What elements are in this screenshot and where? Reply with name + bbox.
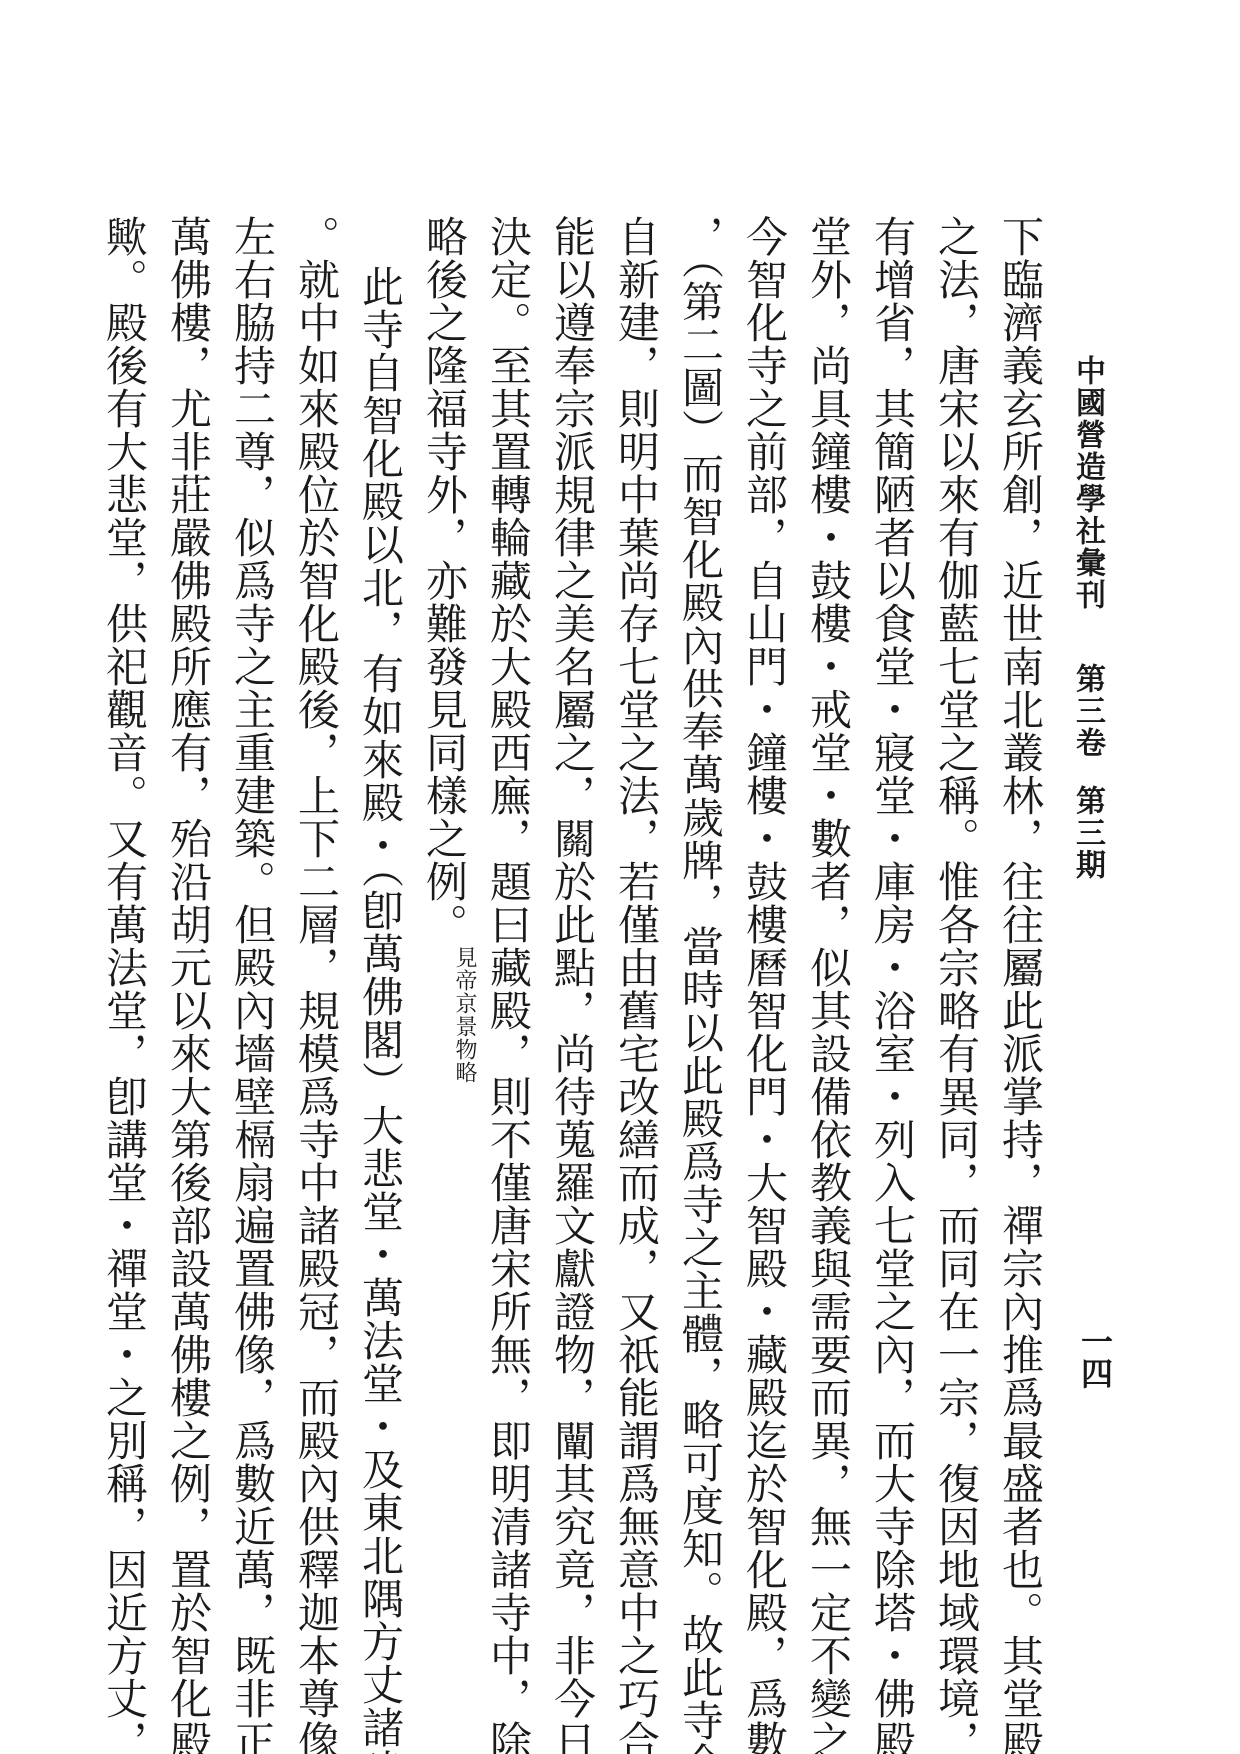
text-column: 下臨濟義玄所創，近世南北叢林，往往屬此派掌持，禪宗內推爲最盛者也。其堂殿配列 (988, 215, 1052, 1555)
running-header: 中國營造學社彙刊第三卷第三期 (1072, 355, 1102, 881)
volume-label: 第三卷 (1070, 663, 1105, 759)
text-column: 之法，唐宋以來有伽藍七堂之稱。惟各宗略有異同，而同在一宗，復因地域環境，互 (924, 215, 988, 1555)
text-column: 萬佛樓，尤非莊嚴佛殿所應有，殆沿胡元以來大第後部設萬佛樓之例，置於智化殿之後 (156, 215, 220, 1555)
inline-note: 見帝京景物略 (452, 946, 476, 1084)
text-column-content: 略後之隆福寺外，亦難發見同樣之例。 (420, 215, 469, 946)
text-column: 左右脇持二尊，似爲寺之主重建築。但殿內墻壁槅扇遍置佛像，爲數近萬，既非正規 (220, 215, 284, 1555)
journal-title: 中國營造學社彙刊 (1070, 355, 1105, 611)
text-column-paragraph-start: 此寺自智化殿以北，有如來殿・（卽萬佛閣）大悲堂・萬法堂・及東北隅方丈諸建築 (348, 215, 412, 1555)
text-column: ，（第二圖）而智化殿內供奉萬歲牌，當時以此殿爲寺之主體，略可度知。故此寺全部出 (668, 215, 732, 1555)
text-column: 能以遵奉宗派規律之美名屬之，關於此點，尚待蒐羅文獻證物，闡其究竟，非今日所能 (540, 215, 604, 1555)
text-column: 。就中如來殿位於智化殿後，上下二層，規模爲寺中諸殿冠，而殿內供釋迦本尊像及 (284, 215, 348, 1555)
page-number: 一四 (1072, 1325, 1118, 1389)
text-column: 歟。殿後有大悲堂，供祀觀音。又有萬法堂，卽講堂・禪堂・之別稱，因近方丈，置於 (92, 215, 156, 1555)
issue-label: 第三期 (1070, 785, 1105, 881)
text-column: 略後之隆福寺外，亦難發見同樣之例。見帝京景物略 (412, 215, 476, 1555)
text-column: 自新建，則明中葉尚存七堂之法，若僅由舊宅改繕而成，又祇能謂爲無意中之巧合，不 (604, 215, 668, 1555)
body-text: 下臨濟義玄所創，近世南北叢林，往往屬此派掌持，禪宗內推爲最盛者也。其堂殿配列 之… (92, 215, 1052, 1555)
text-column: 有增省，其簡陋者以食堂・寢堂・庫房・浴室・列入七堂之內，而大寺除塔・佛殿・講 (860, 215, 924, 1555)
text-column: 今智化寺之前部，自山門・鐘樓・鼓樓曆智化門・大智殿・藏殿迄於智化殿，爲數適七 (732, 215, 796, 1555)
text-column: 堂外，尚具鐘樓・鼓樓・戒堂・數者，似其設備依教義與需要而異，無一定不變之局。 (796, 215, 860, 1555)
text-column: 決定。至其置轉輪藏於大殿西廡，題曰藏殿，則不僅唐宋所無，即明清諸寺中，除時代 (476, 215, 540, 1555)
